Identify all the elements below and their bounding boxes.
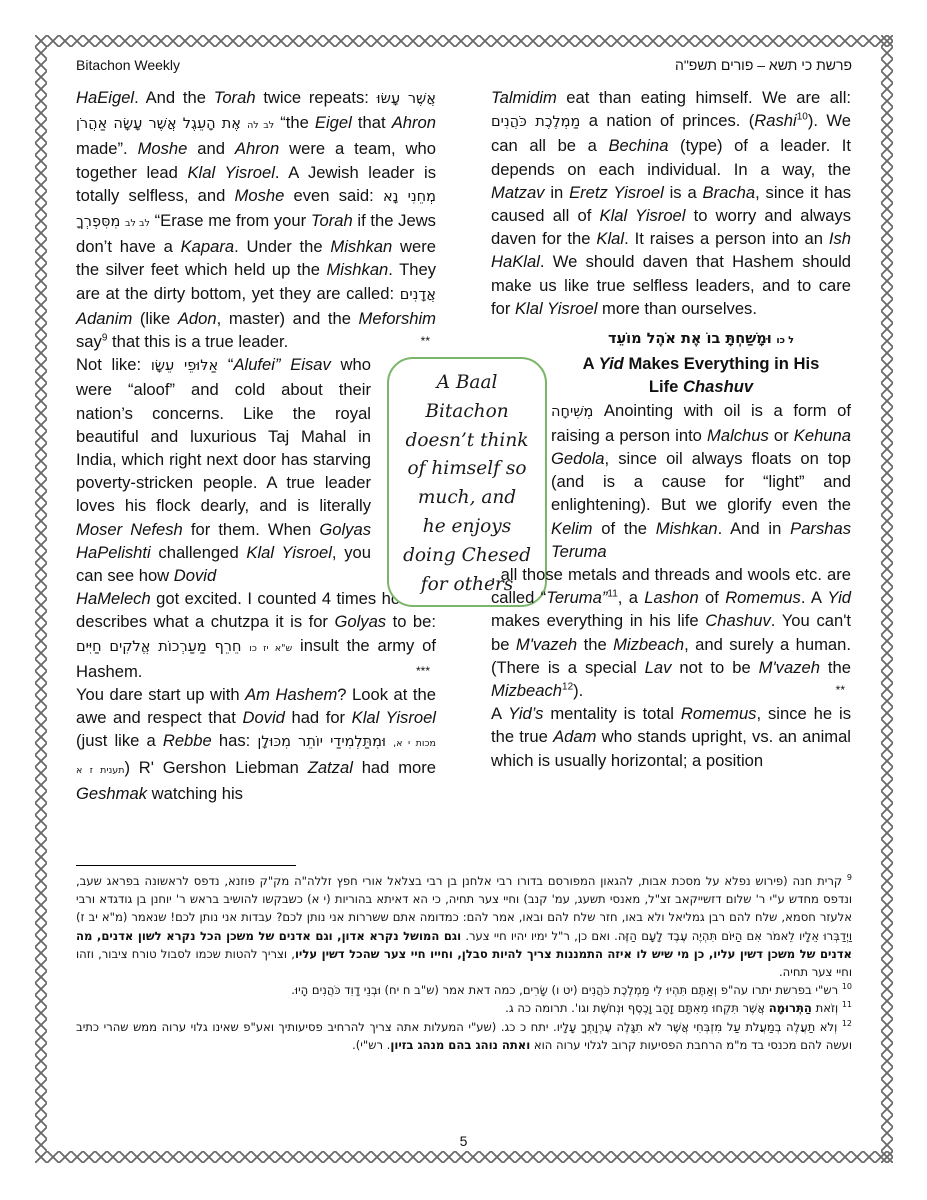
footnotes: 9 קרית חנה (פירוש נפלא על מסכת אבות, להג… bbox=[76, 872, 852, 1054]
footnote-ref[interactable]: 12 bbox=[562, 682, 573, 693]
paragraph: Talmidim eat than eating himself. We are… bbox=[491, 86, 851, 320]
right-column: Talmidim eat than eating himself. We are… bbox=[491, 86, 851, 772]
section-heading-line2: Life Chashuv bbox=[551, 375, 851, 398]
section-separator: *** bbox=[416, 660, 436, 683]
footnote-ref[interactable]: 11 bbox=[607, 589, 617, 600]
source-ref: ש"א יז כו bbox=[249, 643, 292, 654]
paragraph: , all those metals and threads and wools… bbox=[491, 563, 851, 702]
left-column: HaEigel. And the Torah twice repeats: אֲ… bbox=[76, 86, 436, 805]
paragraph: HaEigel. And the Torah twice repeats: אֲ… bbox=[76, 86, 436, 353]
hebrew-quote: אֲדָנִים bbox=[400, 287, 436, 303]
publication-title: Bitachon Weekly bbox=[76, 57, 180, 73]
hebrew-quote: וּמִתַּלְמִידַי יוֹתֵר מִכּוּלָן bbox=[257, 734, 386, 750]
hebrew-quote: חֵרֵף מַעַרְכוֹת אֱלֹקִים חַיִּים bbox=[76, 639, 241, 655]
hebrew-quote: מַמְלֶכֶת כֹּהֲנִים bbox=[491, 114, 580, 130]
paragraph: A Yid’s mentality is total Romemus, sinc… bbox=[491, 702, 851, 772]
paragraph: Not like: אַלּוּפֵי עֵשָׂו “Alufei” Eisa… bbox=[76, 353, 371, 587]
footnote-12: 12 וְלֹא תַעֲלֶה בְמַעֲלֹת עַל מִזְבְּחִ… bbox=[76, 1018, 852, 1054]
page-number: 5 bbox=[0, 1133, 927, 1149]
footnote-10: 10 רש"י בפרשת יתרו עה"פ וְאַתֶּם תִּהְיו… bbox=[76, 981, 852, 999]
paragraph: HaMelech got excited. I counted 4 times … bbox=[76, 587, 436, 683]
hebrew-quote: מְשִׁיחָה bbox=[551, 404, 593, 420]
footnote-11: 11 וְזֹאת הַתְּרוּמָה אֲשֶׁר תִּקְחוּ מֵ… bbox=[76, 999, 852, 1017]
page-border-right bbox=[881, 35, 893, 1163]
section-heading-line1: A Yid Makes Everything in His bbox=[551, 352, 851, 375]
section-separator: ** bbox=[836, 679, 851, 702]
hebrew-quote: אַלּוּפֵי עֵשָׂו bbox=[151, 358, 218, 374]
source-ref: לב לה bbox=[247, 120, 274, 131]
page-border-top bbox=[35, 35, 893, 47]
section-heading: וּמָשַׁחְתָּ בוֹ אֶת אֹהֶל מוֹעֵד ל כו A… bbox=[491, 326, 851, 399]
parsha-date: פרשת כי תשא – פורים תשפ"ה bbox=[675, 57, 852, 73]
page-header: Bitachon Weekly פרשת כי תשא – פורים תשפ"… bbox=[76, 57, 852, 77]
source-ref: לב לב bbox=[125, 218, 150, 229]
footnote-ref[interactable]: 10 bbox=[797, 112, 808, 123]
page-border-bottom bbox=[35, 1151, 893, 1163]
paragraph: מְשִׁיחָה Anointing with oil is a form o… bbox=[491, 399, 851, 563]
section-heading-hebrew: וּמָשַׁחְתָּ בוֹ אֶת אֹהֶל מוֹעֵד ל כו bbox=[551, 326, 851, 352]
section-separator: ** bbox=[421, 330, 436, 353]
footnote-9: 9 קרית חנה (פירוש נפלא על מסכת אבות, להג… bbox=[76, 872, 852, 981]
footnote-separator bbox=[76, 865, 296, 866]
page-border-left bbox=[35, 35, 47, 1163]
paragraph: You dare start up with Am Hashem? Look a… bbox=[76, 683, 436, 805]
